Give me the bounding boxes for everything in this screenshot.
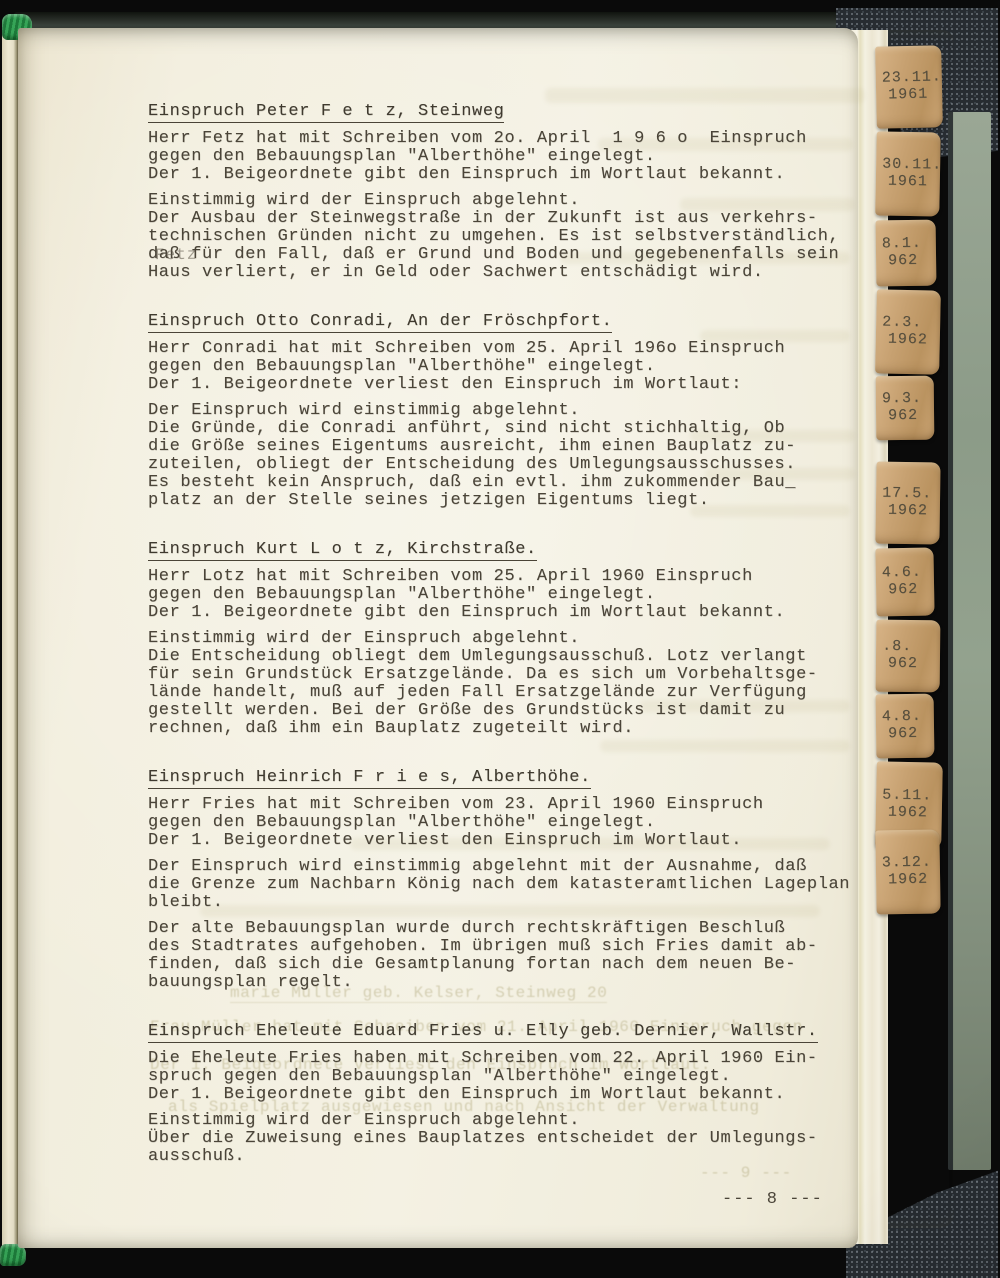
tab-date-year: 1962 xyxy=(876,803,942,821)
section-paragraph: Herr Fetz hat mit Schreiben vom 2o. Apri… xyxy=(148,130,870,184)
tab-date-day-month: 5.11. xyxy=(876,761,943,804)
tab-date-year: 1961 xyxy=(876,85,942,103)
tab-date-day-month: 4.6. xyxy=(875,547,934,581)
date-tab-9.3.962: 9.3.962 xyxy=(876,376,935,441)
section-heading: Einspruch Peter F e t z, Steinweg xyxy=(148,102,870,121)
section-heading: Einspruch Otto Conradi, An der Fröschpfo… xyxy=(148,312,870,331)
section-paragraph: Herr Conradi hat mit Schreiben vom 25. A… xyxy=(148,340,870,394)
einspruch-section-1: Einspruch Peter F e t z, SteinwegHerr Fe… xyxy=(148,102,870,282)
tab-date-year: 962 xyxy=(876,252,936,270)
page-edge-left xyxy=(2,34,18,1246)
tab-date-day-month: 30.11. xyxy=(876,131,941,173)
document-page: marie Müller geb. Kelser, Steinweg 20Fra… xyxy=(18,28,858,1248)
section-paragraph: Herr Lotz hat mit Schreiben vom 25. Apri… xyxy=(148,568,870,622)
date-tab-4.6.962: 4.6.962 xyxy=(875,547,934,616)
section-heading: Einspruch Eheleute Eduard Fries u. Elly … xyxy=(148,1022,870,1041)
tab-date-year: 962 xyxy=(876,655,940,673)
tab-date-day-month: 4.8. xyxy=(876,694,934,726)
tab-date-year: 962 xyxy=(876,407,934,425)
section-paragraph: Einstimmig wird der Einspruch abgelehnt.… xyxy=(148,192,870,282)
date-tab-30.11.1961: 30.11.1961 xyxy=(875,131,940,216)
einspruch-section-5: Einspruch Eheleute Eduard Fries u. Elly … xyxy=(148,1022,870,1166)
section-paragraph: Der Einspruch wird einstimmig abgelehnt.… xyxy=(148,402,870,510)
tab-date-year: 962 xyxy=(876,580,934,598)
date-tab-8.1.962: 8.1.962 xyxy=(876,220,937,287)
section-heading: Einspruch Kurt L o t z, Kirchstraße. xyxy=(148,540,870,559)
section-paragraph: Einstimmig wird der Einspruch abgelehnt.… xyxy=(148,630,870,738)
tab-date-day-month: 8.1. xyxy=(876,220,936,253)
book-cover-green-edge xyxy=(948,112,991,1170)
tab-date-year: 1962 xyxy=(876,870,940,888)
einspruch-section-4: Einspruch Heinrich F r i e s, Alberthöhe… xyxy=(148,768,870,992)
section-paragraph: Herr Fries hat mit Schreiben vom 23. Apr… xyxy=(148,796,870,850)
date-tab-3.12.1962: 3.12.1962 xyxy=(875,830,940,915)
tab-date-year: 1962 xyxy=(876,330,940,348)
tab-date-day-month: 3.12. xyxy=(875,830,940,872)
section-paragraph: Die Eheleute Fries haben mit Schreiben v… xyxy=(148,1050,870,1104)
date-tab-4.8.962: 4.8.962 xyxy=(876,694,935,759)
bleedthrough-smudge xyxy=(545,88,865,103)
date-tab-2.3.1962: 2.3.1962 xyxy=(875,289,941,374)
tab-date-year: 1961 xyxy=(876,172,940,190)
tab-date-day-month: 2.3. xyxy=(876,289,941,331)
einspruch-section-3: Einspruch Kurt L o t z, Kirchstraße.Herr… xyxy=(148,540,870,738)
section-heading: Einspruch Heinrich F r i e s, Alberthöhe… xyxy=(148,768,870,787)
section-paragraph: Der alte Bebauungsplan wurde durch recht… xyxy=(148,920,870,992)
page-text: Einspruch Peter F e t z, SteinwegHerr Fe… xyxy=(148,102,870,1174)
section-paragraph: Der Einspruch wird einstimmig abgelehnt … xyxy=(148,858,870,912)
tab-date-day-month: 9.3. xyxy=(876,376,934,408)
section-paragraph: Einstimmig wird der Einspruch abgelehnt.… xyxy=(148,1112,870,1166)
typed-correction-fetz: Fetz xyxy=(155,246,198,264)
tab-date-year: 962 xyxy=(876,725,934,743)
date-tab-17.5.1962: 17.5.1962 xyxy=(875,462,940,545)
einspruch-section-2: Einspruch Otto Conradi, An der Fröschpfo… xyxy=(148,312,870,510)
tab-date-day-month: 17.5. xyxy=(876,462,941,503)
date-tab-23.11.1961: 23.11.1961 xyxy=(875,45,943,128)
date-tab-.8.962: .8.962 xyxy=(876,620,941,693)
book-photo: marie Müller geb. Kelser, Steinweg 20Fra… xyxy=(0,0,1000,1278)
tab-date-year: 1962 xyxy=(876,502,940,520)
tab-date-day-month: 23.11. xyxy=(875,45,942,86)
tab-date-day-month: .8. xyxy=(876,620,940,656)
page-number: --- 8 --- xyxy=(722,1190,823,1209)
